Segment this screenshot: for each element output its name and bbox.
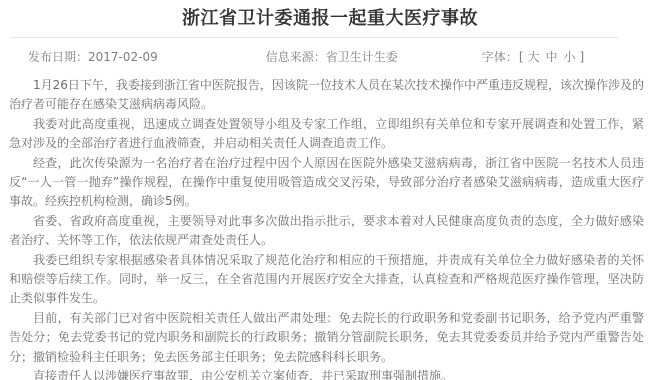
page-title: 浙江省卫计委通报一起重大医疗事故 xyxy=(0,0,660,30)
article-paragraph: 1月26日下午，我委接到浙江省中医院报告，因该院一位技术人员在某次技术操作中严重… xyxy=(9,76,644,115)
info-source-label: 信息来源： xyxy=(266,49,326,65)
info-source-value: 省卫生计生委 xyxy=(326,49,398,65)
article-page: 浙江省卫计委通报一起重大医疗事故 发布日期： 2017-02-09 信息来源： … xyxy=(0,0,660,380)
font-bracket-close: ] xyxy=(580,49,585,65)
info-source: 信息来源： 省卫生计生委 xyxy=(266,49,398,65)
title-divider xyxy=(10,37,618,38)
publish-date-label: 发布日期： xyxy=(28,49,88,65)
publish-date: 发布日期： 2017-02-09 xyxy=(28,49,158,65)
font-size-medium[interactable]: 中 xyxy=(546,49,558,65)
publish-date-value: 2017-02-09 xyxy=(88,49,158,65)
font-size-large[interactable]: 大 xyxy=(528,49,540,65)
font-size-label: 字体： xyxy=(482,49,518,65)
article-paragraph: 我委对此高度重视，迅速成立调查处置领导小组及专家工作组，立即组织有关单位和专家开… xyxy=(9,115,644,154)
font-size-small[interactable]: 小 xyxy=(564,49,576,65)
font-bracket-open: [ xyxy=(519,49,524,65)
article-body: 1月26日下午，我委接到浙江省中医院报告，因该院一位技术人员在某次技术操作中严重… xyxy=(0,76,660,380)
article-paragraph: 经查，此次传染源为一名治疗者在治疗过程中因个人原因在医院外感染艾滋病病毒，浙江省… xyxy=(9,154,644,212)
article-paragraph: 目前，有关部门已对省中医院相关责任人做出严肃处理：免去院长的行政职务和党委副书记… xyxy=(9,309,644,367)
meta-bar: 发布日期： 2017-02-09 信息来源： 省卫生计生委 字体： [ 大 中 … xyxy=(0,49,660,65)
font-size-control: 字体： [ 大 中 小 ] xyxy=(482,49,585,65)
article-paragraph: 我委已组织专家根据感染者具体情况采取了规范化治疗和相应的干预措施，并责成有关单位… xyxy=(9,251,644,309)
article-paragraph: 省委、省政府高度重视，主要领导对此事多次做出指示批示，要求本着对人民健康高度负责… xyxy=(9,212,644,251)
article-paragraph: 直接责任人以涉嫌医疗事故罪，由公安机关立案侦查，并已采取刑事强制措施。 xyxy=(9,367,644,380)
